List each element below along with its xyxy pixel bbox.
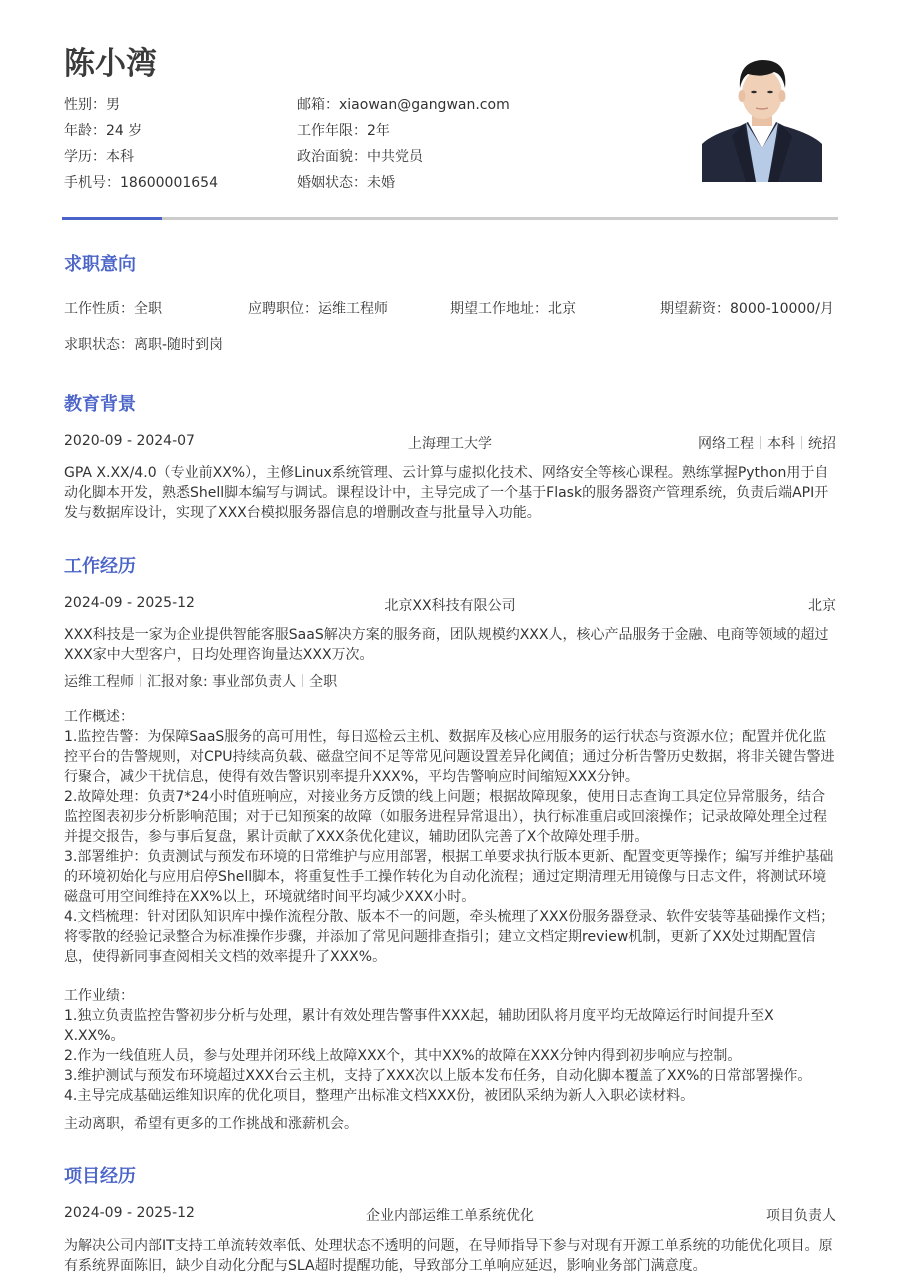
project-role: 项目负责人 xyxy=(766,1205,836,1225)
project-name: 企业内部运维工单系统优化 xyxy=(64,1205,836,1225)
info-email: 邮箱：xiaowan@gangwan.com xyxy=(297,92,510,118)
work-achievement-item: 1.独立负责监控告警初步分析与处理，累计有效处理告警事件XXX起，辅助团队将月度… xyxy=(64,1006,838,1046)
work-overview-item: 3.部署维护：负责测试与预发布环境的日常维护与应用部署，根据工单要求执行版本更新… xyxy=(64,847,838,907)
education-meta: 网络工程本科统招 xyxy=(698,433,836,453)
person-photo-icon xyxy=(702,52,822,182)
separator xyxy=(801,436,802,449)
education-header-row: 2020-09 - 2024-07 上海理工大学 网络工程本科统招 xyxy=(64,433,836,453)
intent-status: 求职状态：离职-随时到岗 xyxy=(64,334,223,354)
section-title-education: 教育背景 xyxy=(64,390,136,416)
work-company-description: XXX科技是一家为企业提供智能客服SaaS解决方案的服务商，团队规模约XXX人，… xyxy=(64,625,838,665)
candidate-name: 陈小湾 xyxy=(64,38,157,83)
info-phone: 手机号：18600001654 xyxy=(64,170,218,196)
education-description: GPA X.XX/4.0（专业前XX%），主修Linux系统管理、云计算与虚拟化… xyxy=(64,463,838,523)
separator xyxy=(140,674,141,687)
work-report-to: 汇报对象: 事业部负责人 xyxy=(147,674,296,690)
work-overview: 工作概述： 1.监控告警：为保障SaaS服务的高可用性，每日巡检云主机、数据库及… xyxy=(64,707,838,967)
project-description: 为解决公司内部IT支持工单流转效率低、处理状态不透明的问题，在导师指导下参与对现… xyxy=(64,1236,838,1275)
intent-position: 应聘职位：运维工程师 xyxy=(248,298,388,318)
work-achievements-title: 工作业绩： xyxy=(64,986,838,1006)
work-overview-item: 2.故障处理：负责7*24小时值班响应，对接业务方反馈的线上问题；根据故障现象，… xyxy=(64,787,838,847)
header-divider xyxy=(62,217,838,220)
work-company: 北京XX科技有限公司 xyxy=(64,595,836,615)
intent-location: 期望工作地址：北京 xyxy=(450,298,576,318)
info-age: 年龄：24 岁 xyxy=(64,118,218,144)
profile-photo xyxy=(702,52,822,182)
intent-salary: 期望薪资：8000-10000/月 xyxy=(660,298,834,318)
info-education: 学历：本科 xyxy=(64,144,218,170)
work-leave-reason: 主动离职，希望有更多的工作挑战和涨薪机会。 xyxy=(64,1114,838,1134)
info-work-years: 工作年限：2年 xyxy=(297,118,510,144)
info-political-status: 政治面貌：中共党员 xyxy=(297,144,510,170)
work-achievement-item: 3.维护测试与预发布环境超过XXX台云主机，支持了XXX次以上版本发布任务，自动… xyxy=(64,1066,838,1086)
work-role-line: 运维工程师汇报对象: 事业部负责人全职 xyxy=(64,672,838,692)
header-divider-accent xyxy=(62,217,162,220)
work-header-row: 2024-09 - 2025-12 北京XX科技有限公司 北京 xyxy=(64,595,836,615)
work-achievement-item: 4.主导完成基础运维知识库的优化项目，整理产出标准文档XXX份，被团队采纳为新人… xyxy=(64,1086,838,1106)
work-overview-item: 4.文档梳理：针对团队知识库中操作流程分散、版本不一的问题，牵头梳理了XXX份服… xyxy=(64,907,838,967)
section-title-work: 工作经历 xyxy=(64,552,136,578)
info-gender: 性别：男 xyxy=(64,92,218,118)
work-job-type: 全职 xyxy=(309,674,337,690)
project-header-row: 2024-09 - 2025-12 企业内部运维工单系统优化 项目负责人 xyxy=(64,1205,836,1225)
separator xyxy=(760,436,761,449)
info-marital-status: 婚姻状态：未婚 xyxy=(297,170,510,196)
basic-info-right: 邮箱：xiaowan@gangwan.com 工作年限：2年 政治面貌：中共党员… xyxy=(297,92,510,196)
work-role: 运维工程师 xyxy=(64,674,134,690)
work-location: 北京 xyxy=(808,595,836,615)
work-overview-item: 1.监控告警：为保障SaaS服务的高可用性，每日巡检云主机、数据库及核心应用服务… xyxy=(64,727,838,787)
work-achievement-item: 2.作为一线值班人员，参与处理并闭环线上故障XXX个，其中XX%的故障在XXX分… xyxy=(64,1046,838,1066)
intent-job-type: 工作性质：全职 xyxy=(64,298,162,318)
work-overview-title: 工作概述： xyxy=(64,707,838,727)
section-title-project: 项目经历 xyxy=(64,1162,136,1188)
section-title-job-intent: 求职意向 xyxy=(64,250,136,276)
basic-info-left: 性别：男 年龄：24 岁 学历：本科 手机号：18600001654 xyxy=(64,92,218,196)
work-achievements: 工作业绩： 1.独立负责监控告警初步分析与处理，累计有效处理告警事件XXX起，辅… xyxy=(64,986,838,1106)
separator xyxy=(302,674,303,687)
